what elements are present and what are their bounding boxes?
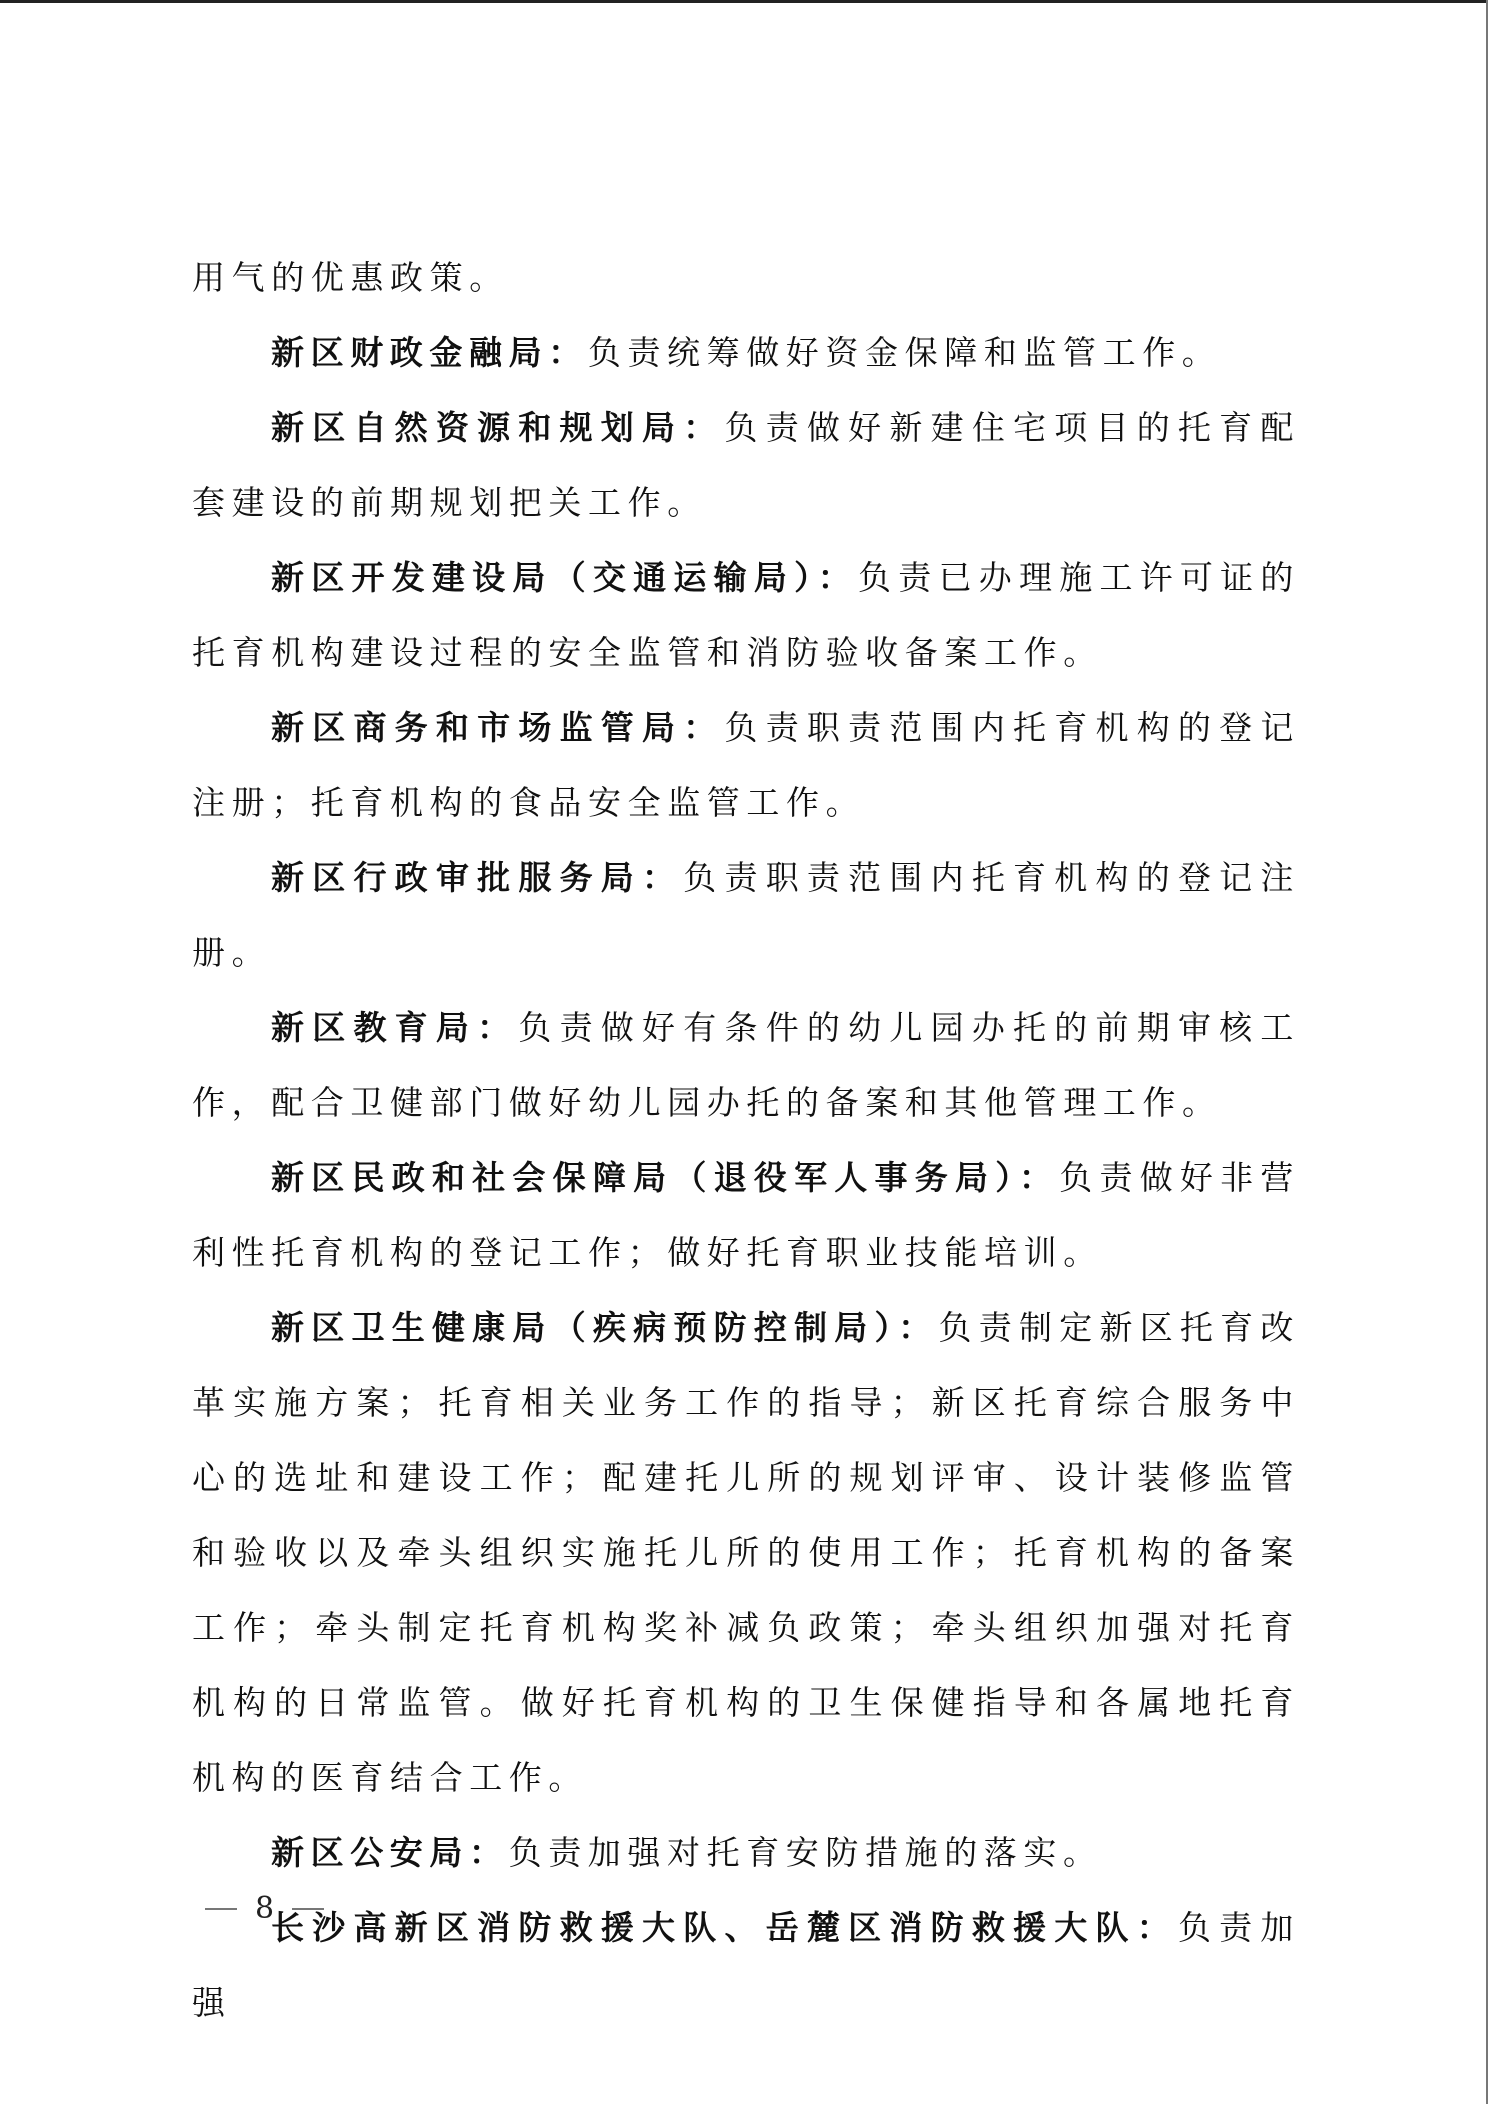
department-name: 新区自然资源和规划局： — [271, 408, 724, 447]
paragraph-text: 负责制定新区托育改革实施方案；托育相关业务工作的指导；新区托育综合服务中心的选址… — [192, 1308, 1300, 1797]
paragraph-fire-rescue-brigades: 长沙高新区消防救援大队、岳麓区消防救援大队：负责加强 — [192, 1890, 1300, 2040]
page-top-edge — [0, 0, 1488, 3]
paragraph-finance-bureau: 新区财政金融局：负责统筹做好资金保障和监管工作。 — [192, 315, 1300, 390]
paragraph-health-bureau: 新区卫生健康局（疾病预防控制局）：负责制定新区托育改革实施方案；托育相关业务工作… — [192, 1290, 1300, 1815]
paragraph-natural-resources-bureau: 新区自然资源和规划局：负责做好新建住宅项目的托育配套建设的前期规划把关工作。 — [192, 390, 1300, 540]
paragraph-education-bureau: 新区教育局：负责做好有条件的幼儿园办托的前期审核工作，配合卫健部门做好幼儿园办托… — [192, 990, 1300, 1140]
paragraph-public-security-bureau: 新区公安局：负责加强对托育安防措施的落实。 — [192, 1815, 1300, 1890]
paragraph-development-bureau: 新区开发建设局（交通运输局）：负责已办理施工许可证的托育机构建设过程的安全监管和… — [192, 540, 1300, 690]
department-name: 新区公安局： — [271, 1833, 509, 1872]
department-name: 新区民政和社会保障局（退役军人事务局）： — [271, 1158, 1059, 1197]
document-body: 用气的优惠政策。 新区财政金融局：负责统筹做好资金保障和监管工作。 新区自然资源… — [192, 240, 1300, 2040]
paragraph-text: 负责加强对托育安防措施的落实。 — [509, 1833, 1103, 1872]
department-name: 新区行政审批服务局： — [271, 858, 683, 897]
department-name: 新区商务和市场监管局： — [271, 708, 724, 747]
department-name: 新区开发建设局（交通运输局）： — [271, 558, 858, 597]
dash-left — [205, 1908, 237, 1910]
department-name: 新区财政金融局： — [271, 333, 588, 372]
paragraph-admin-approval-bureau: 新区行政审批服务局：负责职责范围内托育机构的登记注册。 — [192, 840, 1300, 990]
department-name: 长沙高新区消防救援大队、岳麓区消防救援大队： — [271, 1908, 1178, 1947]
department-name: 新区教育局： — [271, 1008, 518, 1047]
department-name: 新区卫生健康局（疾病预防控制局）： — [271, 1308, 939, 1347]
page-number-value: 8 — [255, 1891, 274, 1926]
paragraph-civil-affairs-bureau: 新区民政和社会保障局（退役军人事务局）：负责做好非营利性托育机构的登记工作；做好… — [192, 1140, 1300, 1290]
paragraph-commerce-market-bureau: 新区商务和市场监管局：负责职责范围内托育机构的登记注册；托育机构的食品安全监管工… — [192, 690, 1300, 840]
dash-right — [292, 1908, 324, 1910]
page-number: 8 — [205, 1891, 324, 1926]
paragraph-text: 负责统筹做好资金保障和监管工作。 — [588, 333, 1222, 372]
paragraph-continuation: 用气的优惠政策。 — [192, 240, 1300, 315]
paragraph-text: 用气的优惠政策。 — [192, 258, 509, 297]
